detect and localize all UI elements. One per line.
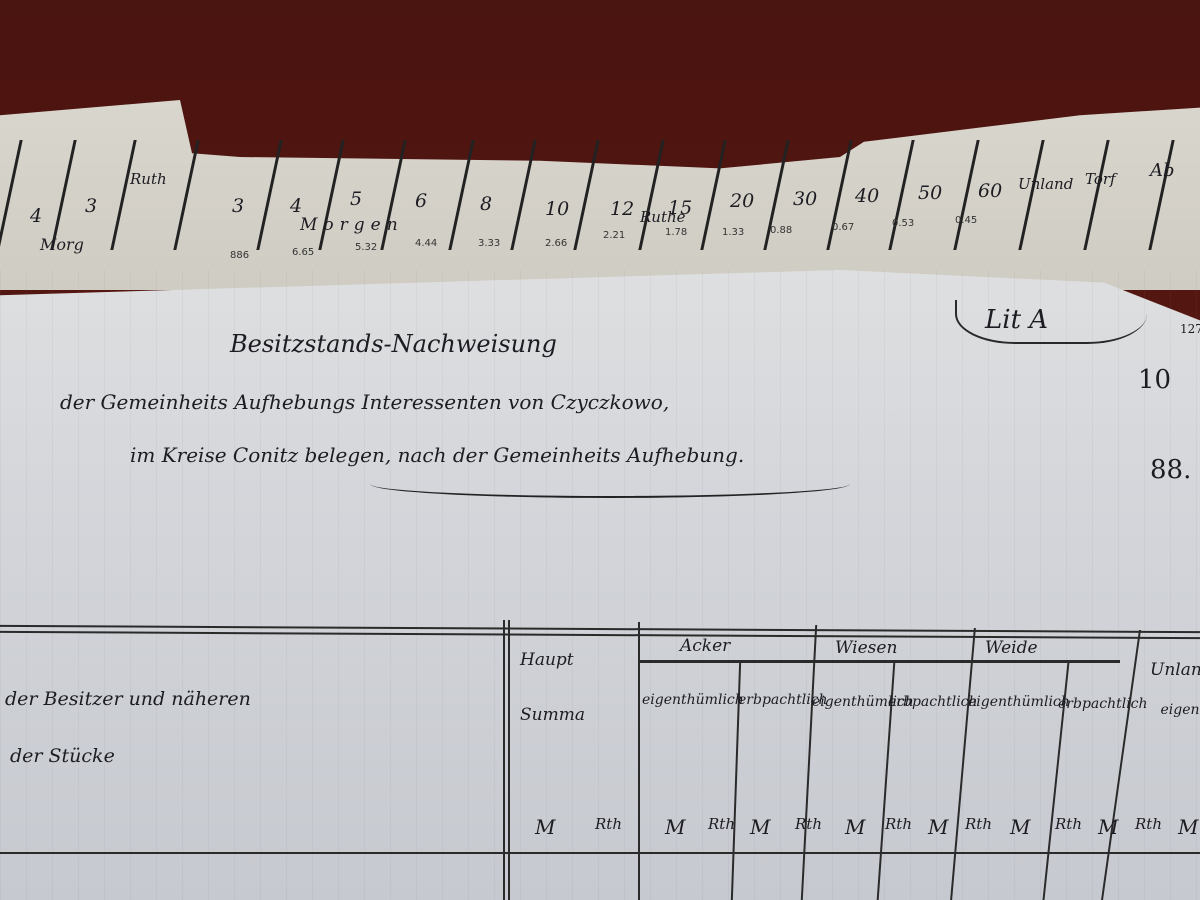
- group-header-acker: Acker: [680, 636, 730, 656]
- scale-header: 30: [793, 188, 817, 210]
- margin-number-bottom: 88.: [1150, 455, 1191, 485]
- title-underline-flourish: [370, 470, 850, 498]
- table-vline: [503, 620, 505, 900]
- group-header-unland: Unland: [1150, 660, 1200, 680]
- scale-header: 4: [290, 195, 302, 217]
- scale-header: 12: [610, 198, 634, 220]
- scale-value: 0.45: [955, 215, 977, 226]
- scale-value: 6.65: [292, 247, 314, 258]
- overwritten-morgen: Morgen: [300, 215, 404, 235]
- scale-header: 40: [855, 185, 879, 207]
- unit-morgen: M: [845, 815, 865, 839]
- group-header-rule: [640, 660, 1120, 663]
- table-vline: [508, 620, 510, 900]
- scale-header: 5: [350, 188, 362, 210]
- total-column-header-line2: Summa: [520, 705, 585, 725]
- lit-label-flourish: [955, 300, 1147, 344]
- title-line-2: der Gemeinheits Aufhebungs Interessenten…: [60, 390, 669, 414]
- group-header-wiesen: Wiesen: [835, 638, 897, 658]
- unit-ruthen: Rth: [595, 815, 622, 833]
- unit-morgen: M: [665, 815, 685, 839]
- table-header-bottom-rule: [0, 852, 1200, 854]
- scale-header: 50: [918, 182, 942, 204]
- scale-value: 3.33: [478, 238, 500, 249]
- front-sheet-register-page: [0, 270, 1200, 900]
- margin-number-top: 127: [1180, 322, 1200, 336]
- sub-header-wiesen-eigen: eigenthümlich: [812, 692, 886, 712]
- overwritten-ruthe: Ruthe: [640, 208, 686, 226]
- scale-header: 20: [730, 190, 754, 212]
- sub-header-unland-eigen: eigen: [1160, 700, 1200, 720]
- group-header-weide: Weide: [985, 638, 1038, 658]
- title-line-3: im Kreise Conitz belegen, nach der Gemei…: [130, 443, 744, 467]
- back-left-header-ruth: Ruth: [130, 170, 167, 188]
- unit-morgen: M: [1098, 815, 1118, 839]
- margin-number-middle: 10: [1138, 365, 1171, 395]
- back-left-header-4: 4: [30, 205, 42, 227]
- back-sheet-scale-table: [0, 100, 1200, 290]
- table-vline: [638, 622, 640, 900]
- unit-ruthen: Rth: [1055, 815, 1082, 833]
- scale-value: 0.53: [892, 218, 914, 229]
- scale-value: 0.88: [770, 225, 792, 236]
- sub-header-weide-erbpacht: erbpachtlich: [1058, 694, 1122, 714]
- unit-ruthen: Rth: [795, 815, 822, 833]
- scale-header: 6: [415, 190, 427, 212]
- owner-column-header-line2: der Stücke: [10, 745, 115, 767]
- scale-value: 1.78: [665, 227, 687, 238]
- sub-header-weide-eigen: eigenthümlich: [968, 692, 1056, 712]
- unit-morgen: M: [750, 815, 770, 839]
- scale-header: 60: [978, 180, 1002, 202]
- unit-morgen: M: [928, 815, 948, 839]
- scale-header: 8: [480, 193, 492, 215]
- owner-column-header-line1: der Besitzer und näheren: [5, 688, 251, 710]
- unit-morgen: M: [1010, 815, 1030, 839]
- unit-ruthen: Rth: [885, 815, 912, 833]
- scale-header-ab: Ab: [1150, 160, 1175, 181]
- scale-header-unland: Unland: [1018, 175, 1073, 193]
- scale-value: 4.44: [415, 238, 437, 249]
- scale-value: 2.66: [545, 238, 567, 249]
- back-left-unit-morg: Morg: [40, 235, 84, 254]
- scale-value: 0.67: [832, 222, 854, 233]
- unit-morgen: M: [1178, 815, 1198, 839]
- unit-ruthen: Rth: [965, 815, 992, 833]
- scale-header: 3: [232, 195, 244, 217]
- sub-header-wiesen-erbpacht: erbpachtlich: [888, 692, 964, 712]
- title-line-1: Besitzstands-Nachweisung: [230, 330, 557, 358]
- unit-ruthen: Rth: [1135, 815, 1162, 833]
- lit-label: Lit A: [985, 305, 1048, 335]
- total-column-header-line1: Haupt: [520, 650, 574, 670]
- scale-value: 886: [230, 250, 249, 261]
- sub-header-acker-erbpacht: erbpachtlich: [738, 690, 810, 710]
- sub-header-acker-eigen: eigenthümlich: [642, 690, 732, 710]
- scale-value: 2.21: [603, 230, 625, 241]
- scale-header-torf: Torf: [1085, 170, 1116, 188]
- scale-value: 1.33: [722, 227, 744, 238]
- scale-value: 5.32: [355, 242, 377, 253]
- scale-header: 10: [545, 198, 569, 220]
- unit-ruthen: Rth: [708, 815, 735, 833]
- unit-morgen: M: [535, 815, 555, 839]
- back-left-header-3: 3: [85, 195, 97, 217]
